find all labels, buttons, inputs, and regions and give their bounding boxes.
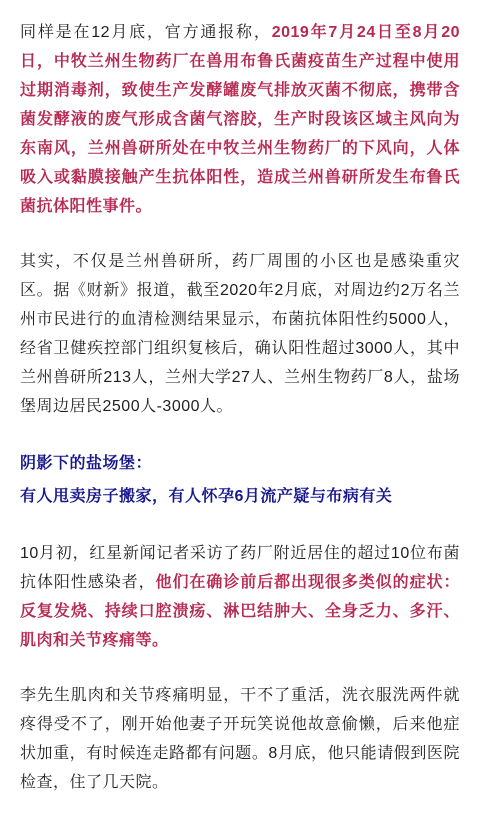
section-subheading: 阴影下的盐场堡：有人甩卖房子搬家，有人怀孕6月流产疑与布病有关	[20, 447, 460, 513]
paragraph-official-report: 同样是在12月底，官方通报称，2019年7月24日至8月20日，中牧兰州生物药厂…	[20, 18, 460, 221]
subheading-line-2: 有人甩卖房子搬家，有人怀孕6月流产疑与布病有关	[20, 480, 460, 513]
article-body: 同样是在12月底，官方通报称，2019年7月24日至8月20日，中牧兰州生物药厂…	[0, 0, 480, 821]
paragraph-mr-li-story: 李先生肌肉和关节疼痛明显，干不了重活，洗衣服洗两件就疼得受不了，刚开始他妻子开玩…	[20, 681, 460, 797]
paragraph-official-report-highlight: 2019年7月24日至8月20日，中牧兰州生物药厂在兽用布鲁氏菌疫苗生产过程中使…	[20, 24, 460, 215]
paragraph-infection-statistics: 其实，不仅是兰州兽研所，药厂周围的小区也是感染重灾区。据《财新》报道，截至202…	[20, 247, 460, 421]
paragraph-infection-statistics-text: 其实，不仅是兰州兽研所，药厂周围的小区也是感染重灾区。据《财新》报道，截至202…	[20, 253, 460, 415]
subheading-line-1: 阴影下的盐场堡：	[20, 447, 460, 480]
paragraph-interviews: 10月初，红星新闻记者采访了药厂附近居住的超过10位布菌抗体阳性感染者，他们在确…	[20, 539, 460, 655]
paragraph-official-report-intro: 同样是在12月底，官方通报称，	[20, 24, 272, 41]
paragraph-mr-li-story-text: 李先生肌肉和关节疼痛明显，干不了重活，洗衣服洗两件就疼得受不了，刚开始他妻子开玩…	[20, 687, 460, 791]
